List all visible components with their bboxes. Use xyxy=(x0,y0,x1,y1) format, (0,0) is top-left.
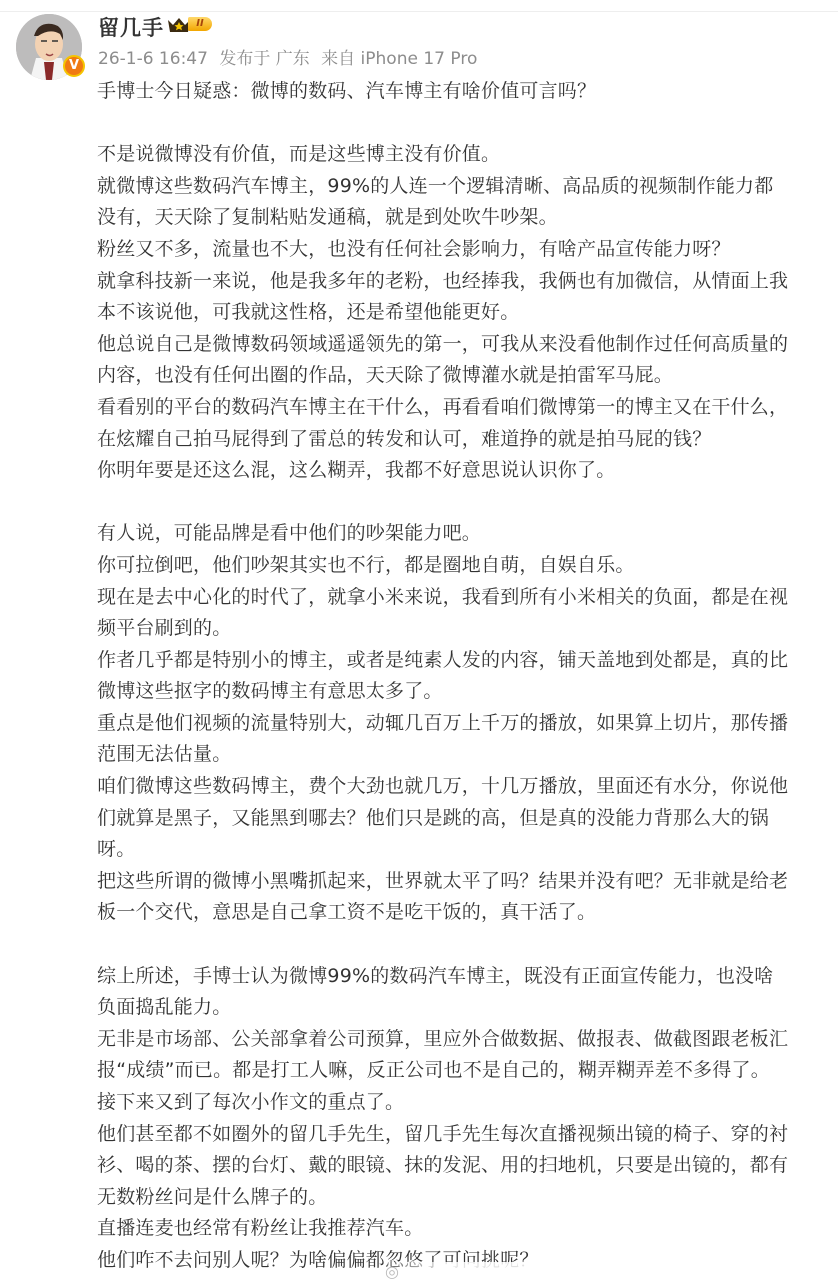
content-line: 范围无法估量。 xyxy=(97,739,825,771)
content-line: 他总说自己是微博数码领域遥遥领先的第一，可我从来没看他制作过任何高质量的 xyxy=(97,329,825,361)
content-line: 本不该说他，可我就这性格，还是希望他能更好。 xyxy=(97,297,825,329)
blank-line xyxy=(97,929,825,961)
post-source: 来自 iPhone 17 Pro xyxy=(321,49,477,69)
content-line: 咱们微博这些数码博主，费个大劲也就几万，十几万播放，里面还有水分，你说他 xyxy=(97,771,825,803)
post-location: 发布于 广东 xyxy=(219,49,309,69)
content-line: 粉丝又不多，流量也不大，也没有任何社会影响力，有啥产品宣传能力呀？ xyxy=(97,234,825,266)
content-line: 接下来又到了每次小作文的重点了。 xyxy=(97,1087,825,1119)
content-line: 现在是去中心化的时代了，就拿小米来说，我看到所有小米相关的负面，都是在视 xyxy=(97,582,825,614)
content-line: 你可拉倒吧，他们吵架其实也不行，都是圈地自萌，自娱自乐。 xyxy=(97,550,825,582)
watermark-overlay xyxy=(384,1262,594,1288)
content-line: 直播连麦也经常有粉丝让我推荐汽车。 xyxy=(97,1213,825,1245)
content-line: 负面捣乱能力。 xyxy=(97,992,825,1024)
content-line: 重点是他们视频的流量特别大，动辄几百万上千万的播放，如果算上切片，那传播 xyxy=(97,708,825,740)
blank-line xyxy=(97,108,825,140)
content-line: 你明年要是还这么混，这么糊弄，我都不好意思说认识你了。 xyxy=(97,455,825,487)
content-line: 不是说微博没有价值，而是这些博主没有价值。 xyxy=(97,139,825,171)
post-time[interactable]: 26-1-6 16:47 xyxy=(98,49,208,69)
content-line: 无数粉丝问是什么牌子的。 xyxy=(97,1182,825,1214)
content-line: 板一个交代，意思是自己拿工资不是吃干饭的，真干活了。 xyxy=(97,897,825,929)
content-line: 看看别的平台的数码汽车博主在干什么，再看看咱们微博第一的博主又在干什么， xyxy=(97,392,825,424)
blank-line xyxy=(97,487,825,519)
content-line: 频平台刷到的。 xyxy=(97,613,825,645)
weibo-watermark-icon: ◎ xyxy=(385,1262,407,1282)
content-line: 衫、喝的茶、摆的台灯、戴的眼镜、抹的发泥、用的扫地机，只要是出镜的，都有 xyxy=(97,1150,825,1182)
author-name[interactable]: 留几手 xyxy=(98,12,164,42)
content-line: 把这些所谓的微博小黑嘴抓起来，世界就太平了吗？结果并没有吧？无非就是给老 xyxy=(97,866,825,898)
content-line: 们就算是黑子，又能黑到哪去？他们只是跳的高，但是真的没能力背那么大的锅 xyxy=(97,803,825,835)
content-line: 无非是市场部、公关部拿着公司预算，里应外合做数据、做报表、做截图跟老板汇 xyxy=(97,1024,825,1056)
content-line: 手博士今日疑惑：微博的数码、汽车博主有啥价值可言吗？ xyxy=(97,76,825,108)
content-line: 呀。 xyxy=(97,834,825,866)
content-line: 就微博这些数码汽车博主，99%的人连一个逻辑清晰、高品质的视频制作能力都 xyxy=(97,171,825,203)
content-line: 他们甚至都不如圈外的留几手先生，留几手先生每次直播视频出镜的椅子、穿的衬 xyxy=(97,1119,825,1151)
content-line: 微博这些抠字的数码博主有意思太多了。 xyxy=(97,676,825,708)
content-line: 内容，也没有任何出圈的作品，天天除了微博灌水就是拍雷军马屁。 xyxy=(97,360,825,392)
content-line: 综上所述，手博士认为微博99%的数码汽车博主，既没有正面宣传能力，也没啥 xyxy=(97,961,825,993)
content-line: 有人说，可能品牌是看中他们的吵架能力吧。 xyxy=(97,518,825,550)
post-meta: 26-1-6 16:47 发布于 广东 来自 iPhone 17 Pro xyxy=(98,44,483,69)
post-content: 手博士今日疑惑：微博的数码、汽车博主有啥价值可言吗？不是说微博没有价值，而是这些… xyxy=(97,76,825,1277)
content-line: 就拿科技新一来说，他是我多年的老粉，也经捧我，我俩也有加微信，从情面上我 xyxy=(97,266,825,298)
content-line: 没有，天天除了复制粘贴发通稿，就是到处吹牛吵架。 xyxy=(97,202,825,234)
verified-badge-icon: V xyxy=(63,55,85,77)
content-line: 作者几乎都是特别小的博主，或者是纯素人发的内容，铺天盖地到处都是，真的比 xyxy=(97,645,825,677)
level-badge: II xyxy=(188,17,212,31)
content-line: 在炫耀自己拍马屁得到了雷总的转发和认可，难道挣的就是拍马屁的钱？ xyxy=(97,424,825,456)
content-line: 报“成绩”而已。都是打工人嘛，反正公司也不是自己的，糊弄糊弄差不多得了。 xyxy=(97,1055,825,1087)
